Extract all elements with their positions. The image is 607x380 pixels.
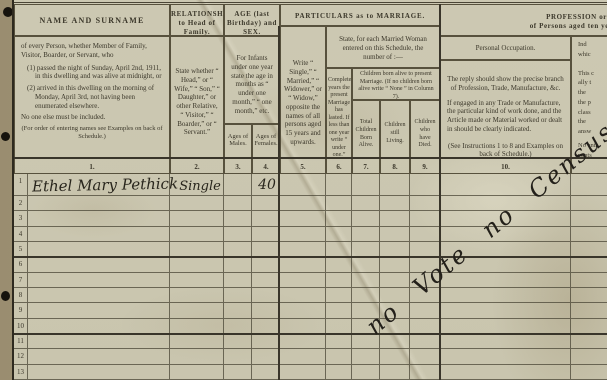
row-number: 5	[14, 242, 28, 257]
row-cell	[252, 242, 280, 257]
row-cell	[224, 257, 252, 272]
row-cell	[571, 273, 607, 288]
row-cell	[280, 349, 326, 364]
handwritten-marital-status-entry: Single	[172, 179, 228, 194]
row-cell	[224, 319, 252, 334]
column-number: 3.	[224, 158, 252, 174]
row-cell	[170, 319, 224, 334]
row-cell	[571, 303, 607, 318]
row-cell	[410, 227, 440, 242]
form-top-border	[14, 2, 607, 3]
column-number-row: 1.2.3.4.5.6.7.8.9.10.	[14, 158, 607, 174]
row-cell	[440, 303, 571, 318]
name-column-header: NAME AND SURNAME	[14, 4, 170, 36]
row-cell	[170, 211, 224, 226]
age-instructions: For Infants under one year state the age…	[224, 36, 280, 124]
row-cell	[28, 196, 170, 211]
row-cell	[326, 288, 352, 303]
row-cell	[280, 196, 326, 211]
row-number: 7	[14, 273, 28, 288]
ages-of-females-header: Ages of Females.	[252, 124, 280, 158]
row-cell	[326, 242, 352, 257]
name-instructions-note: No one else must be included.	[21, 113, 163, 122]
row-cell	[440, 334, 571, 349]
industry-text-fragment: whic	[572, 50, 607, 60]
row-cell	[28, 349, 170, 364]
row-cell	[170, 242, 224, 257]
thick-horizontal-rule	[14, 256, 607, 258]
name-instructions-order-note: (For order of entering names see Example…	[21, 125, 163, 141]
personal-occupation-header: Personal Occupation.	[440, 36, 571, 60]
profession-para1: The reply should show the precise branch…	[447, 75, 564, 93]
children-living-header: Children still Living.	[380, 100, 410, 158]
row-cell	[380, 349, 410, 364]
row-cell	[571, 174, 607, 196]
relationship-column-header: RELATIONSHIP to Head of Family.	[170, 4, 224, 36]
row-cell	[280, 288, 326, 303]
profession-header-line1: PROFESSION or	[441, 5, 607, 21]
row-cell	[224, 211, 252, 226]
row-cell	[280, 211, 326, 226]
row-cell	[326, 349, 352, 364]
row-cell	[28, 334, 170, 349]
row-cell	[224, 227, 252, 242]
row-cell	[571, 242, 607, 257]
row-number: 8	[14, 288, 28, 303]
column-number: 2.	[170, 158, 224, 174]
row-cell	[440, 319, 571, 334]
row-cell	[326, 365, 352, 380]
row-cell	[170, 334, 224, 349]
table-row: 9	[14, 303, 607, 318]
industry-text-fragment: Ind	[572, 40, 607, 50]
row-cell	[280, 273, 326, 288]
marriage-column-header: PARTICULARS as to MARRIAGE.	[280, 4, 440, 26]
row-cell	[440, 365, 571, 380]
row-cell	[252, 211, 280, 226]
children-born-note: Children born alive to present Marriage.…	[352, 68, 440, 100]
row-cell	[352, 288, 380, 303]
row-cell	[410, 174, 440, 196]
ages-of-males-header: Ages of Males.	[224, 124, 252, 158]
row-cell	[252, 303, 280, 318]
table-row: 12	[14, 349, 607, 364]
row-cell	[224, 174, 252, 196]
row-cell	[571, 257, 607, 272]
table-row: 8	[14, 288, 607, 303]
row-cell	[252, 257, 280, 272]
row-cell	[252, 365, 280, 380]
row-cell	[280, 257, 326, 272]
row-cell	[571, 365, 607, 380]
row-cell	[252, 273, 280, 288]
table-row: 11	[14, 334, 607, 349]
column-number: 7.	[352, 158, 380, 174]
age-column-header: AGE (last Birthday) and SEX.	[224, 4, 280, 36]
row-cell	[352, 242, 380, 257]
row-cell	[326, 196, 352, 211]
profession-header-line2: of Persons aged ten ye	[441, 21, 607, 30]
row-cell	[326, 273, 352, 288]
row-cell	[170, 273, 224, 288]
row-cell	[252, 334, 280, 349]
row-cell	[252, 349, 280, 364]
row-cell	[352, 365, 380, 380]
row-cell	[280, 303, 326, 318]
industry-text-fragment: the	[572, 88, 607, 98]
punch-hole	[1, 291, 10, 301]
row-cell	[380, 257, 410, 272]
industry-text-fragment: the p	[572, 98, 607, 108]
row-cell	[224, 365, 252, 380]
row-cell	[252, 288, 280, 303]
row-cell	[170, 288, 224, 303]
row-cell	[170, 365, 224, 380]
row-cell	[352, 349, 380, 364]
row-cell	[571, 319, 607, 334]
row-cell	[170, 349, 224, 364]
census-form: NAME AND SURNAME RELATIONSHIP to Head of…	[12, 0, 607, 380]
row-number: 6	[14, 257, 28, 272]
row-cell	[571, 288, 607, 303]
row-cell	[571, 349, 607, 364]
name-instructions-item2: (2) arrived in this dwelling on the morn…	[21, 84, 163, 110]
row-cell	[571, 334, 607, 349]
row-number: 4	[14, 227, 28, 242]
row-cell	[352, 273, 380, 288]
handwritten-age-entry: 40	[254, 177, 280, 193]
marriage-single-instruction: Write “ Single,” “ Married,” “ Widower,”…	[280, 26, 326, 158]
table-row: 6	[14, 257, 607, 272]
row-cell	[28, 211, 170, 226]
row-cell	[380, 242, 410, 257]
thick-horizontal-rule	[14, 333, 607, 335]
row-cell	[224, 334, 252, 349]
profession-para3: (See Instructions 1 to 8 and Examples on…	[447, 142, 564, 159]
row-cell	[170, 196, 224, 211]
column-number: 1.	[14, 158, 170, 174]
row-cell	[410, 211, 440, 226]
row-cell	[224, 242, 252, 257]
industry-text-fragment: This c	[572, 69, 607, 79]
handwritten-name-entry: Ethel Mary Pethick	[32, 174, 178, 195]
row-cell	[326, 319, 352, 334]
row-cell	[280, 319, 326, 334]
row-cell	[410, 196, 440, 211]
married-woman-note: State, for each Married Woman entered on…	[326, 26, 440, 68]
table-row: 5	[14, 242, 607, 257]
row-cell	[224, 273, 252, 288]
row-number: 2	[14, 196, 28, 211]
column-number: 5.	[280, 158, 326, 174]
name-instructions-intro: of every Person, whether Member of Famil…	[21, 42, 163, 60]
row-cell	[326, 334, 352, 349]
row-cell	[410, 319, 440, 334]
row-cell	[380, 174, 410, 196]
punch-hole	[1, 132, 10, 141]
row-cell	[170, 257, 224, 272]
column-number: 9.	[410, 158, 440, 174]
row-cell	[280, 242, 326, 257]
row-cell	[224, 349, 252, 364]
row-cell	[326, 211, 352, 226]
row-cell	[252, 196, 280, 211]
name-instructions-item1: (1) passed the night of Sunday, April 2n…	[21, 64, 163, 82]
row-cell	[326, 227, 352, 242]
table-row: 13	[14, 365, 607, 380]
industry-text-fragment: ally t	[572, 78, 607, 88]
row-cell	[28, 319, 170, 334]
row-cell	[410, 365, 440, 380]
column-number: 8.	[380, 158, 410, 174]
row-cell	[380, 211, 410, 226]
row-cell	[28, 257, 170, 272]
column-number: 4.	[252, 158, 280, 174]
row-cell	[352, 174, 380, 196]
row-number: 10	[14, 319, 28, 334]
row-cell	[280, 334, 326, 349]
row-cell	[252, 227, 280, 242]
thick-vertical-rule	[278, 26, 280, 380]
row-cell	[170, 227, 224, 242]
row-cell	[440, 349, 571, 364]
census-schedule-scan: NAME AND SURNAME RELATIONSHIP to Head of…	[0, 0, 607, 380]
table-row: 4	[14, 227, 607, 242]
children-died-header: Children who have Died.	[410, 100, 440, 158]
row-cell	[280, 174, 326, 196]
row-number: 12	[14, 349, 28, 364]
row-cell	[352, 196, 380, 211]
row-cell	[224, 303, 252, 318]
row-cell	[326, 174, 352, 196]
row-cell	[28, 242, 170, 257]
row-cell	[571, 227, 607, 242]
row-cell	[28, 227, 170, 242]
row-number: 11	[14, 334, 28, 349]
row-number: 1	[14, 174, 28, 196]
profession-para2: If engaged in any Trade or Manufacture, …	[447, 99, 564, 134]
column-number: 6.	[326, 158, 352, 174]
row-cell	[380, 196, 410, 211]
thick-vertical-rule	[439, 4, 441, 380]
total-children-header: Total Children Born Alive.	[352, 100, 380, 158]
row-cell	[571, 211, 607, 226]
row-cell	[326, 303, 352, 318]
row-cell	[28, 273, 170, 288]
row-cell	[410, 349, 440, 364]
marriage-duration-header: Completed years the present Marriage has…	[326, 68, 352, 158]
row-cell	[352, 257, 380, 272]
row-cell	[252, 319, 280, 334]
row-cell	[28, 303, 170, 318]
row-cell	[28, 288, 170, 303]
row-cell	[170, 303, 224, 318]
relationship-instructions: State whether “ Head,” or “ Wife,” “ Son…	[170, 36, 224, 158]
row-cell	[224, 196, 252, 211]
row-cell	[571, 196, 607, 211]
row-cell	[326, 257, 352, 272]
row-cell	[410, 334, 440, 349]
row-cell	[280, 227, 326, 242]
table-row: 10	[14, 319, 607, 334]
thick-horizontal-rule	[14, 157, 607, 159]
row-cell	[28, 365, 170, 380]
row-cell	[224, 288, 252, 303]
row-cell	[440, 288, 571, 303]
row-cell	[352, 227, 380, 242]
row-number: 9	[14, 303, 28, 318]
row-cell	[352, 211, 380, 226]
row-cell	[380, 227, 410, 242]
row-cell	[380, 365, 410, 380]
row-cell	[280, 365, 326, 380]
table-row: 7	[14, 273, 607, 288]
row-number: 3	[14, 211, 28, 226]
row-number: 13	[14, 365, 28, 380]
